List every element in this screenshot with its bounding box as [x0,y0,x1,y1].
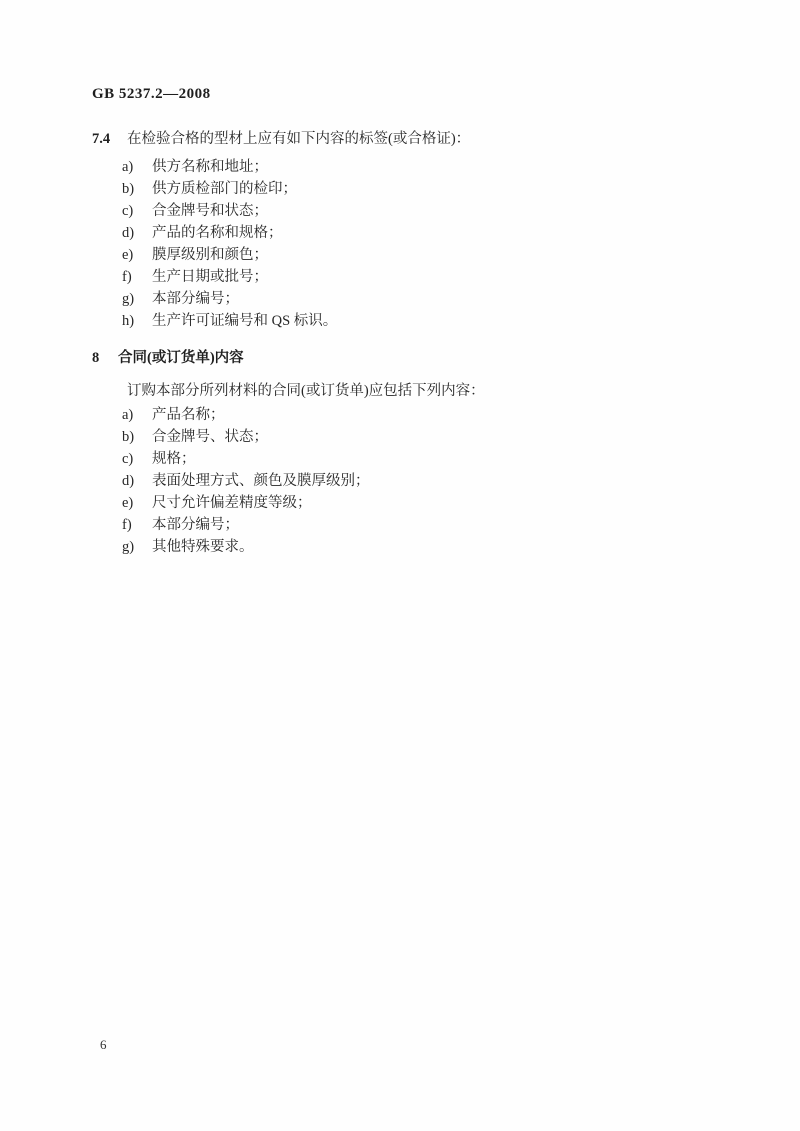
list-item: b) 合金牌号、状态； [122,426,722,448]
section-8-heading: 8 合同(或订货单)内容 [92,348,722,368]
list-item: a) 供方名称和地址； [122,156,722,178]
section-title: 合同(或订货单)内容 [118,348,244,368]
list-item: g) 其他特殊要求。 [122,536,722,558]
list-item: d) 表面处理方式、颜色及膜厚级别； [122,470,722,492]
list-item: g) 本部分编号； [122,288,722,310]
clause-7-4: 7.4 在检验合格的型材上应有如下内容的标签(或合格证)： [92,129,722,149]
list-item-label: c) [122,448,152,470]
list-item: a) 产品名称； [122,404,722,426]
list-item: c) 规格； [122,448,722,470]
clause-text: 在检验合格的型材上应有如下内容的标签(或合格证)： [127,129,470,149]
list-item: f) 生产日期或批号； [122,266,722,288]
list-item-text: 供方质检部门的检印； [152,178,297,200]
list-item-label: g) [122,536,152,558]
list-item-text: 本部分编号； [152,288,239,310]
page-number: 6 [100,1037,107,1053]
standard-number-header: GB 5237.2—2008 [92,86,722,103]
document-page: GB 5237.2—2008 7.4 在检验合格的型材上应有如下内容的标签(或合… [0,0,800,1131]
section-number: 8 [92,348,118,368]
list-item: h) 生产许可证编号和 QS 标识。 [122,310,722,332]
list-item-label: g) [122,288,152,310]
list-item-text: 规格； [152,448,196,470]
section-8-intro: 订购本部分所列材料的合同(或订货单)应包括下列内容： [92,381,722,401]
list-item-label: b) [122,178,152,200]
list-item-text: 本部分编号； [152,514,239,536]
list-item-text: 生产日期或批号； [152,266,268,288]
list-item-text: 产品名称； [152,404,225,426]
label-content-list-7-4: a) 供方名称和地址； b) 供方质检部门的检印； c) 合金牌号和状态； d)… [122,156,722,332]
list-item-text: 供方名称和地址； [152,156,268,178]
list-item: b) 供方质检部门的检印； [122,178,722,200]
list-item-label: e) [122,244,152,266]
label-content-list-8: a) 产品名称； b) 合金牌号、状态； c) 规格； d) 表面处理方式、颜色… [122,404,722,558]
list-item-text: 合金牌号、状态； [152,426,268,448]
clause-number: 7.4 [92,129,127,149]
list-item: e) 尺寸允许偏差精度等级； [122,492,722,514]
list-item: c) 合金牌号和状态； [122,200,722,222]
list-item-text: 合金牌号和状态； [152,200,268,222]
list-item: d) 产品的名称和规格； [122,222,722,244]
list-item-text: 生产许可证编号和 QS 标识。 [152,310,337,332]
list-item-label: b) [122,426,152,448]
list-item-label: f) [122,514,152,536]
list-item-label: h) [122,310,152,332]
list-item-label: f) [122,266,152,288]
list-item-label: d) [122,470,152,492]
list-item-label: d) [122,222,152,244]
list-item-text: 其他特殊要求。 [152,536,254,558]
list-item-text: 表面处理方式、颜色及膜厚级别； [152,470,370,492]
list-item: e) 膜厚级别和颜色； [122,244,722,266]
list-item-label: c) [122,200,152,222]
page-content: GB 5237.2—2008 7.4 在检验合格的型材上应有如下内容的标签(或合… [92,86,722,558]
list-item-text: 膜厚级别和颜色； [152,244,268,266]
list-item: f) 本部分编号； [122,514,722,536]
list-item-label: a) [122,404,152,426]
list-item-label: a) [122,156,152,178]
list-item-label: e) [122,492,152,514]
list-item-text: 产品的名称和规格； [152,222,283,244]
list-item-text: 尺寸允许偏差精度等级； [152,492,312,514]
